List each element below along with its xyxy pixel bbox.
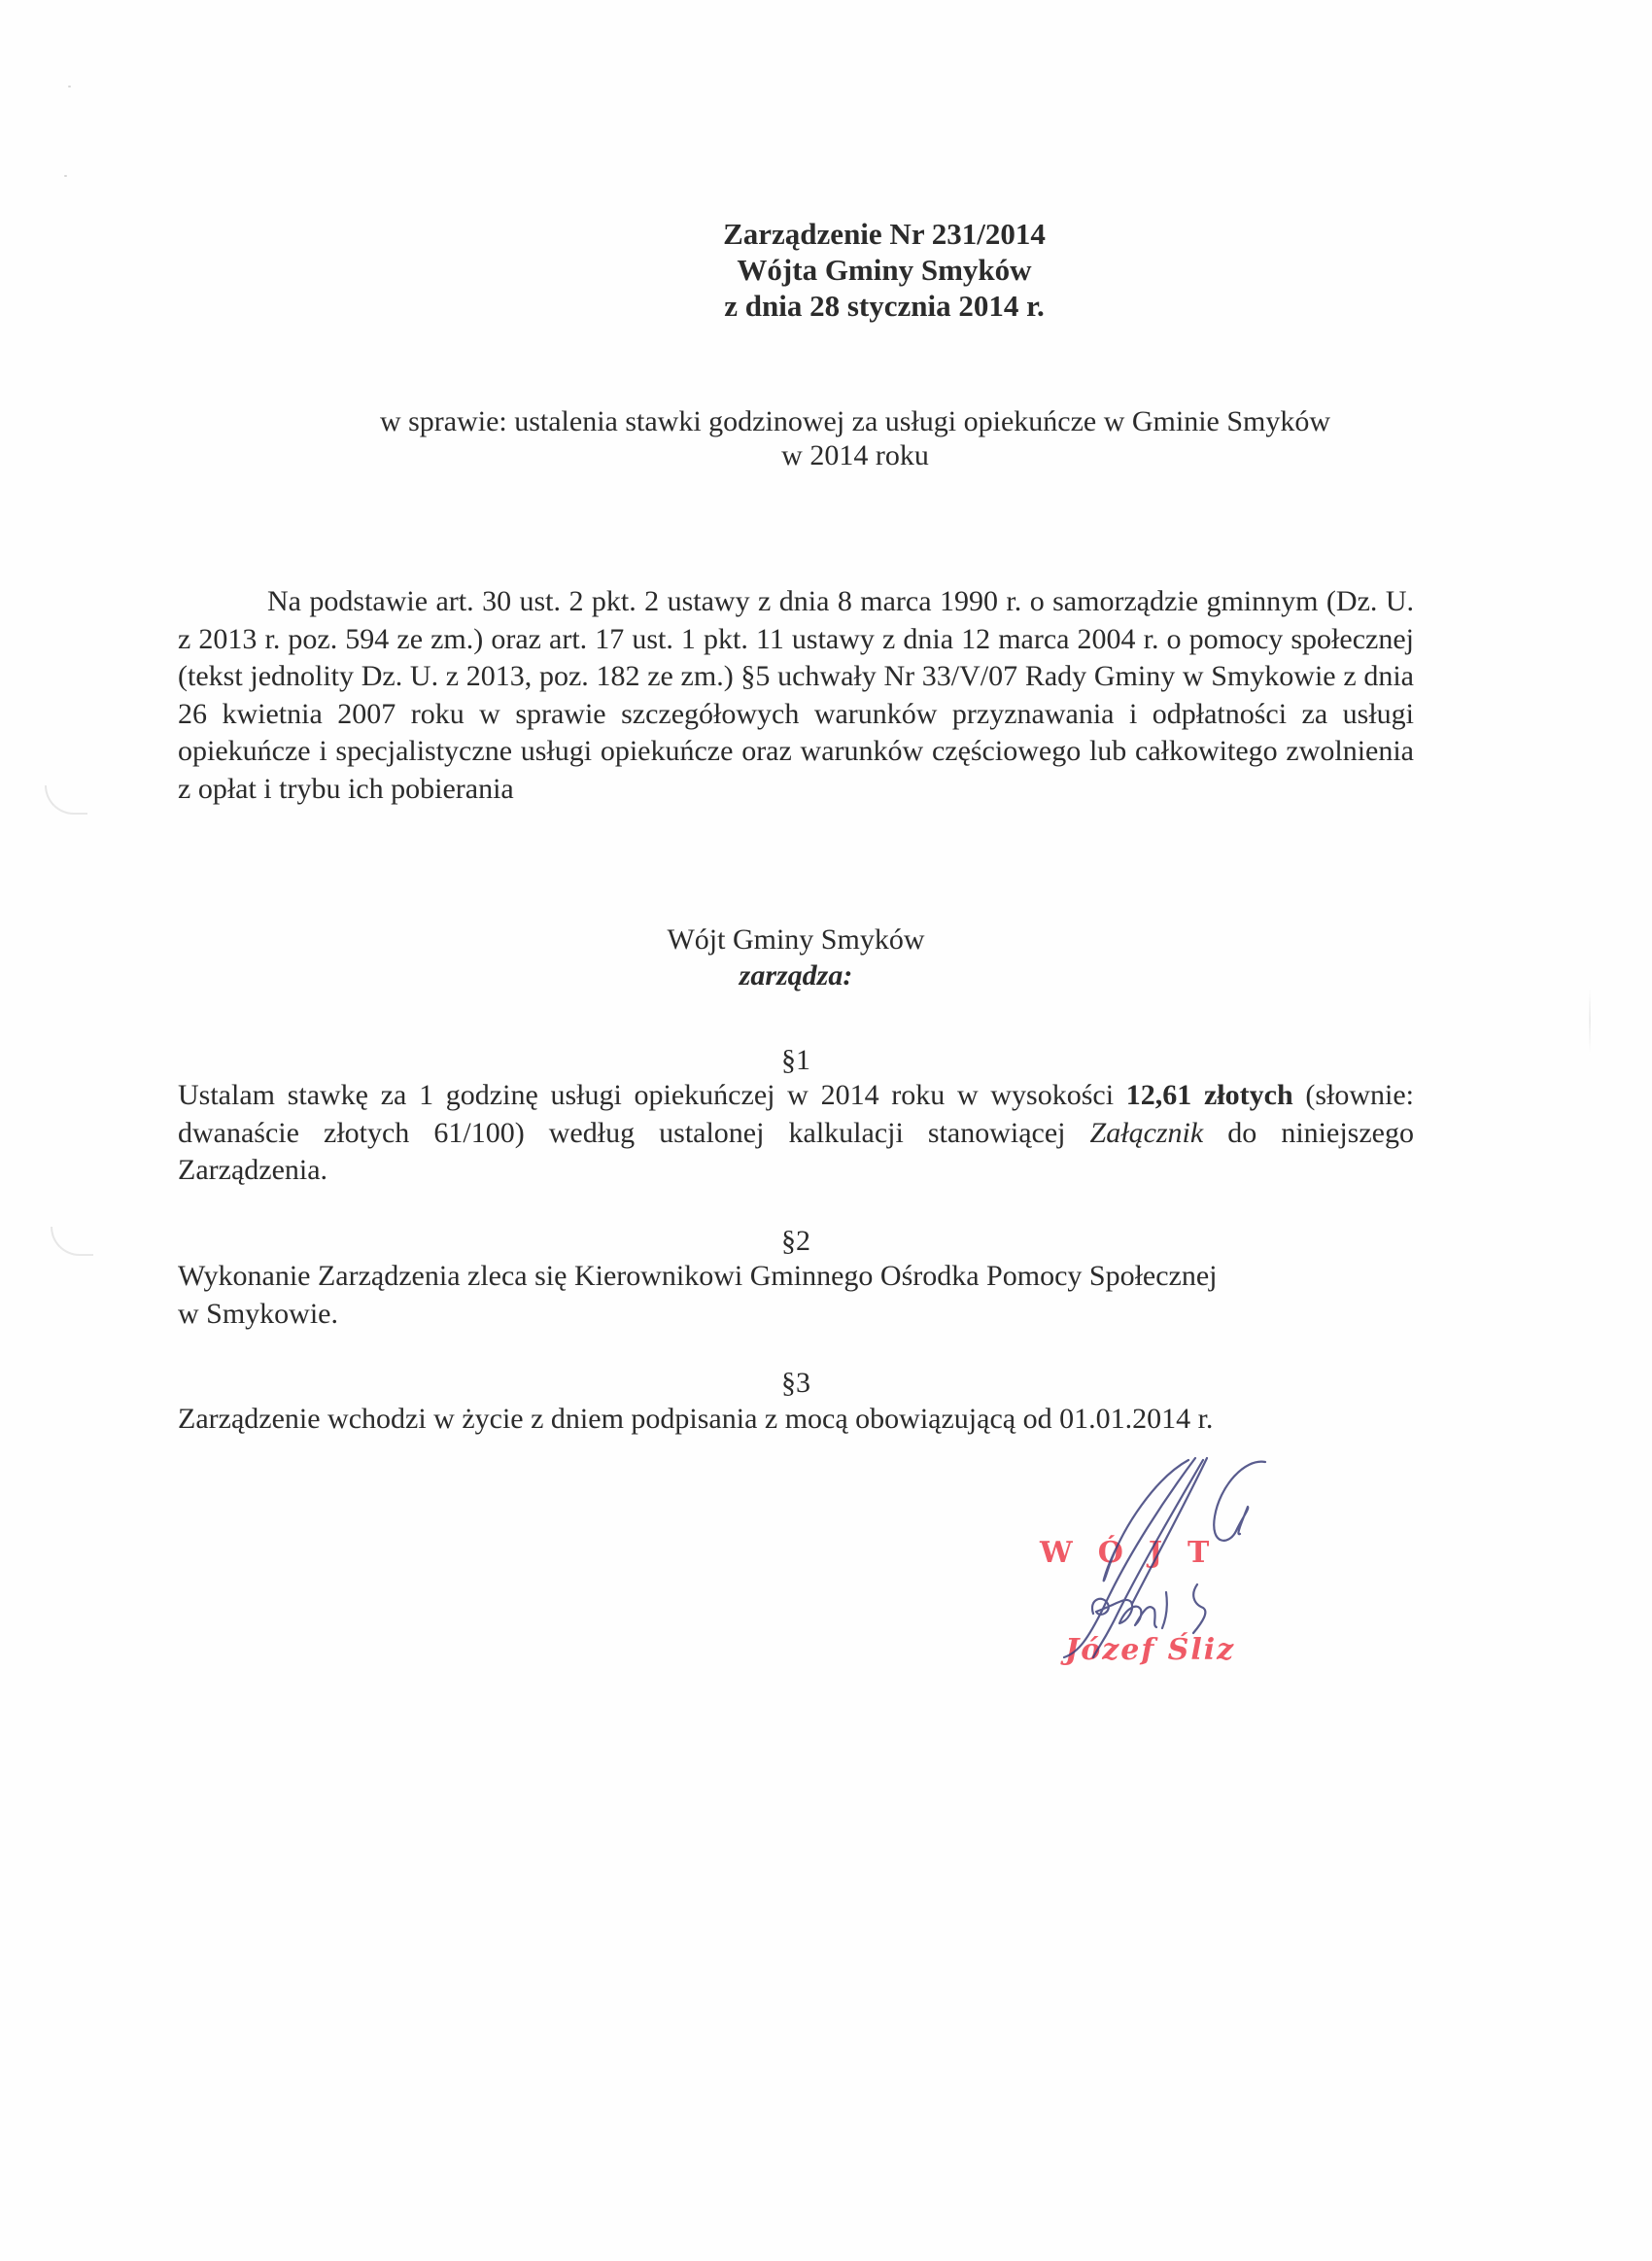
scan-speck bbox=[64, 175, 67, 177]
punch-hole-mark bbox=[51, 1227, 93, 1256]
document-header: Zarządzenie Nr 231/2014 Wójta Gminy Smyk… bbox=[0, 216, 1652, 324]
stamp-name: Józef Śliz bbox=[1065, 1633, 1235, 1667]
punch-hole-mark bbox=[45, 785, 87, 815]
official-stamp: WÓJT Józef Śliz bbox=[1011, 1439, 1360, 1691]
attachment-reference: Załącznik bbox=[1090, 1117, 1204, 1149]
document-date: z dnia 28 stycznia 2014 r. bbox=[117, 288, 1652, 324]
document-issuer: Wójta Gminy Smyków bbox=[117, 252, 1652, 288]
hourly-rate-amount: 12,61 złotych bbox=[1126, 1079, 1293, 1111]
subject-line-1: w sprawie: ustalenia stawki godzinowej z… bbox=[58, 404, 1652, 438]
decree-authority: Wójt Gminy Smyków bbox=[178, 922, 1414, 957]
section-1-mark: §1 bbox=[178, 1042, 1414, 1078]
section-2-mark: §2 bbox=[178, 1223, 1414, 1259]
section-3-mark: §3 bbox=[178, 1365, 1414, 1401]
subject-line-2: w 2014 roku bbox=[58, 438, 1652, 472]
section-2-line-2: w Smykowie. bbox=[178, 1296, 1363, 1334]
scanned-page: Zarządzenie Nr 231/2014 Wójta Gminy Smyk… bbox=[0, 0, 1652, 2261]
document-subject: w sprawie: ustalenia stawki godzinowej z… bbox=[0, 404, 1652, 472]
scan-speck bbox=[68, 86, 71, 87]
section-1-text: Ustalam stawkę za 1 godzinę usługi opiek… bbox=[178, 1079, 1126, 1111]
section-1-body: Ustalam stawkę za 1 godzinę usługi opiek… bbox=[178, 1077, 1414, 1190]
section-2-line-1: Wykonanie Zarządzenia zleca się Kierowni… bbox=[178, 1258, 1363, 1296]
section-3-body: Zarządzenie wchodzi w życie z dniem podp… bbox=[178, 1401, 1414, 1439]
document-title: Zarządzenie Nr 231/2014 bbox=[117, 216, 1652, 252]
section-2-body: Wykonanie Zarządzenia zleca się Kierowni… bbox=[178, 1258, 1363, 1333]
legal-basis-paragraph: Na podstawie art. 30 ust. 2 pkt. 2 ustaw… bbox=[178, 583, 1414, 808]
stamp-title: WÓJT bbox=[1040, 1536, 1234, 1570]
scan-margin-mark bbox=[1589, 987, 1591, 1055]
decree-verb: zarządza: bbox=[178, 957, 1414, 993]
